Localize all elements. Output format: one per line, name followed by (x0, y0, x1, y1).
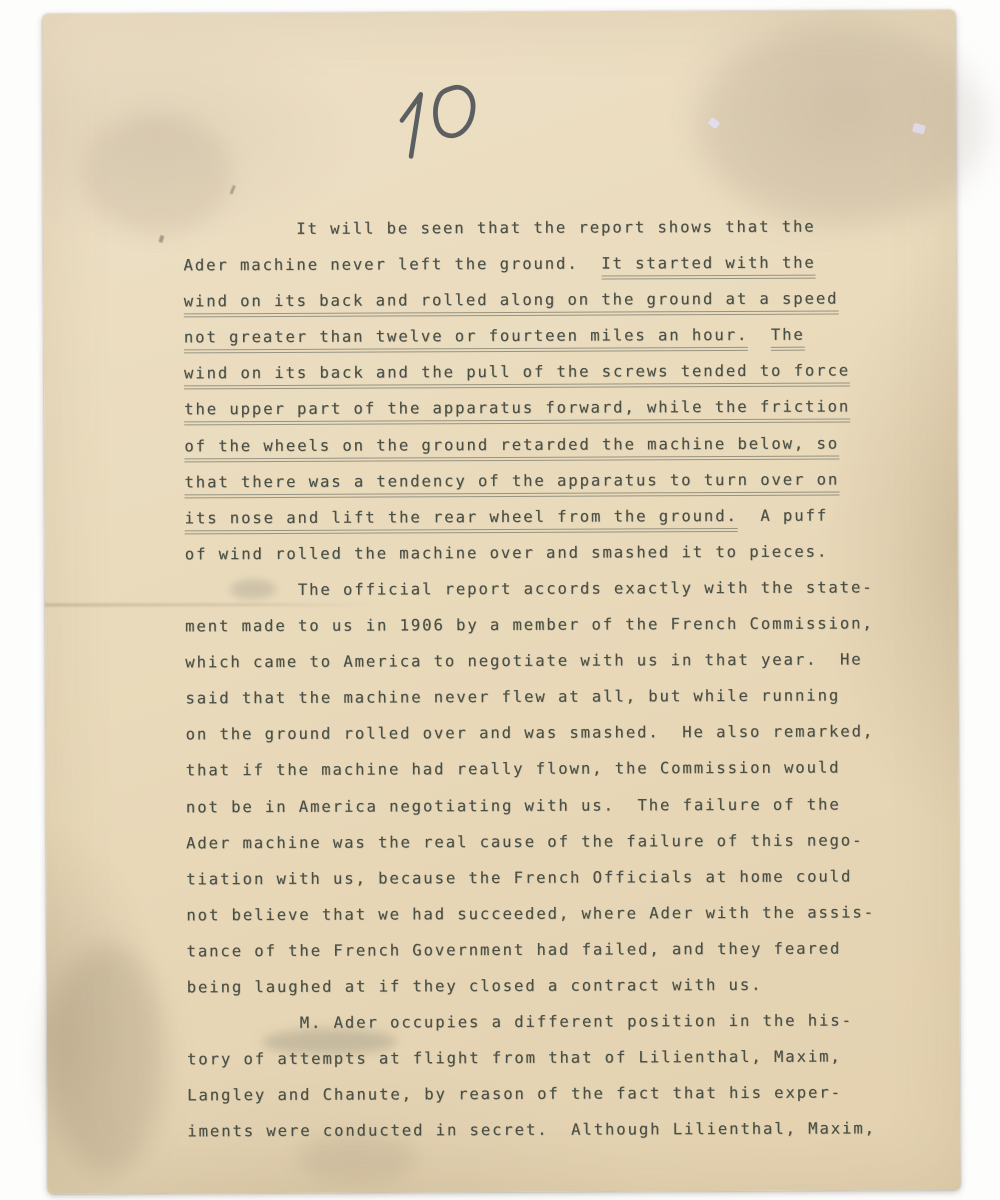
typed-text-segment: tiation with us, because the French Offi… (186, 867, 852, 888)
typed-text-segment: Langley and Chanute, by reason of the fa… (187, 1084, 842, 1105)
typed-line: of wind rolled the machine over and smas… (185, 533, 874, 572)
typed-text-segment: which came to America to negotiate with … (185, 651, 862, 672)
typed-line: The official report accords exactly with… (185, 569, 874, 608)
typed-text-segment: iments were conducted in secret. Althoug… (187, 1120, 876, 1141)
stain (46, 943, 167, 1174)
typed-line: not believe that we had succeeded, where… (186, 894, 875, 933)
typed-text-segment: M. Ader occupies a different position in… (187, 1012, 853, 1033)
typed-text: It will be seen that the report shows th… (183, 208, 876, 1149)
underlined-text-segment: the upper part of the apparatus forward,… (184, 398, 850, 426)
typed-line: said that the machine never flew at all,… (185, 678, 874, 717)
typed-line: of the wheels on the ground retarded the… (184, 425, 873, 464)
underlined-text-segment: that there was a tendency of the apparat… (184, 470, 839, 498)
paper-flaw (912, 123, 926, 135)
underlined-text-segment: not greater than twelve or fourteen mile… (184, 326, 749, 353)
typed-line: wind on its back and rolled along on the… (184, 281, 873, 320)
typed-line: Langley and Chanute, by reason of the fa… (187, 1075, 876, 1114)
typed-line: its nose and lift the rear wheel from th… (185, 497, 874, 536)
typed-text-segment: that if the machine had really flown, th… (186, 759, 841, 780)
typed-text-segment: It will be seen that the report shows th… (183, 218, 815, 239)
typed-line: M. Ader occupies a different position in… (187, 1002, 876, 1041)
typed-line: that there was a tendency of the apparat… (184, 461, 873, 500)
typed-text-segment: on the ground rolled over and was smashe… (186, 723, 875, 744)
typed-text-segment: of wind rolled the machine over and smas… (185, 542, 829, 563)
typed-text-segment: tance of the French Government had faile… (186, 939, 841, 960)
typed-text-segment (748, 326, 771, 344)
pencil-number-10-icon: 10 (388, 80, 498, 172)
typed-line: which came to America to negotiate with … (185, 642, 874, 681)
typed-line: that if the machine had really flown, th… (186, 750, 875, 789)
typed-line: tance of the French Government had faile… (186, 930, 875, 969)
typed-line: It will be seen that the report shows th… (183, 208, 872, 247)
typed-text-segment: Ader machine was the real cause of the f… (186, 831, 863, 852)
typed-line: wind on its back and the pull of the scr… (184, 353, 873, 392)
typed-line: tiation with us, because the French Offi… (186, 858, 875, 897)
manuscript-page: 10 It will be seen that the report shows… (42, 10, 960, 1194)
typed-line: tory of attempts at flight from that of … (187, 1039, 876, 1078)
typed-text-segment: The official report accords exactly with… (185, 578, 874, 599)
handwritten-page-number: 10 (388, 80, 498, 176)
typed-text-segment: A puff (738, 506, 828, 524)
typed-line: on the ground rolled over and was smashe… (185, 714, 874, 753)
typed-text-segment: not be in America negotiating with us. T… (186, 795, 841, 816)
typed-line: Ader machine never left the ground. It s… (183, 244, 872, 283)
typed-text-segment: ment made to us in 1906 by a member of t… (185, 614, 874, 635)
paper-flaw (708, 117, 721, 130)
typed-line: not greater than twelve or fourteen mile… (184, 317, 873, 356)
typed-text-segment: Ader machine never left the ground. (183, 255, 601, 275)
underlined-text-segment: of the wheels on the ground retarded the… (184, 434, 839, 462)
typed-line: the upper part of the apparatus forward,… (184, 389, 873, 428)
underlined-text-segment: It started with the (601, 254, 816, 280)
typed-line: iments were conducted in secret. Althoug… (187, 1111, 876, 1150)
typed-line: being laughed at if they closed a contra… (187, 966, 876, 1005)
typed-text-segment: said that the machine never flew at all,… (185, 687, 840, 708)
pencil-speck (230, 185, 236, 194)
underlined-text-segment: its nose and lift the rear wheel from th… (185, 507, 738, 534)
typed-text-segment: not believe that we had succeeded, where… (186, 903, 875, 924)
underlined-text-segment: The (771, 326, 805, 351)
pencil-speck (158, 235, 164, 243)
typed-text-segment: tory of attempts at flight from that of … (187, 1048, 842, 1069)
typed-line: Ader machine was the real cause of the f… (186, 822, 875, 861)
stain (697, 25, 988, 226)
underlined-text-segment: wind on its back and rolled along on the… (184, 290, 839, 318)
underlined-text-segment: wind on its back and the pull of the scr… (184, 362, 850, 390)
typed-line: ment made to us in 1906 by a member of t… (185, 605, 874, 644)
typed-text-segment: being laughed at if they closed a contra… (187, 976, 763, 997)
scan-background: { "page": { "page_number": "10", "colors… (0, 0, 1000, 1200)
typed-line: not be in America negotiating with us. T… (186, 786, 875, 825)
